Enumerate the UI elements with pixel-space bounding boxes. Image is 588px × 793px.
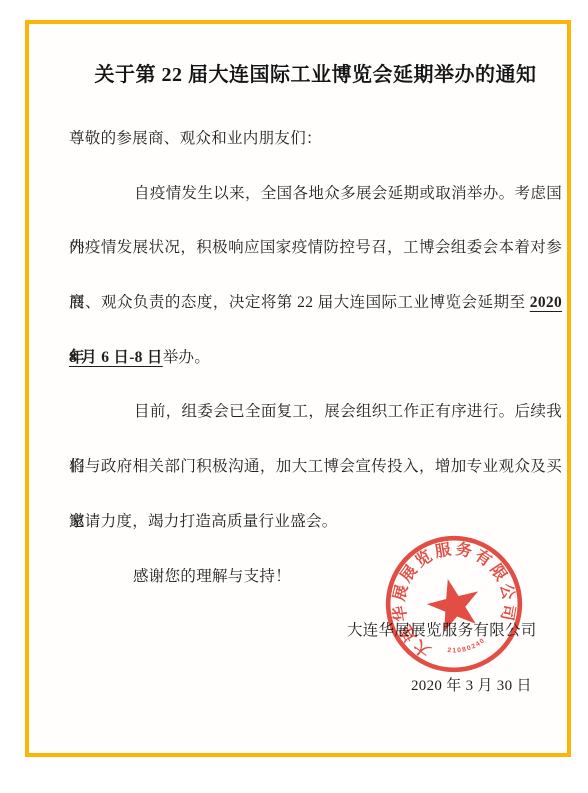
paragraph1-line1: 自疫情发生以来，全国各地众多展会延期或取消举办。考虑国内 [69,167,562,222]
notice-title: 关于第 22 届大连国际工业博览会延期举办的通知 [69,60,562,90]
postpone-date-days: 8 月 6 日-8 日 [69,349,163,366]
paragraph1-line4: 8 月 6 日-8 日举办。 [69,331,562,386]
red-star-icon [422,573,485,634]
paragraph2-line1: 目前，组委会已全面复工，展会组织工作正有序进行。后续我们 [69,385,562,440]
paragraph1-line2: 外疫情发展状况，积极响应国家疫情防控号召，工博会组委会本着对参展 [69,221,562,276]
paragraph2-line2: 将与政府相关部门积极沟通，加大工博会宣传投入，增加专业观众及买家 [69,440,562,495]
greeting-line: 尊敬的参展商、观众和业内朋友们： [69,112,562,167]
paragraph1-line3: 商、观众负责的态度，决定将第 22 届大连国际工业博览会延期至 2020 年 [69,276,562,331]
notice-frame: 关于第 22 届大连国际工业博览会延期举办的通知 尊敬的参展商、观众和业内朋友们… [25,20,571,757]
paragraph1-line4-text: 举办。 [163,349,210,366]
notice-document: 关于第 22 届大连国际工业博览会延期举办的通知 尊敬的参展商、观众和业内朋友们… [0,0,588,793]
paragraph1-line3-text: 商、观众负责的态度，决定将第 22 届大连国际工业博览会延期至 [69,294,530,311]
